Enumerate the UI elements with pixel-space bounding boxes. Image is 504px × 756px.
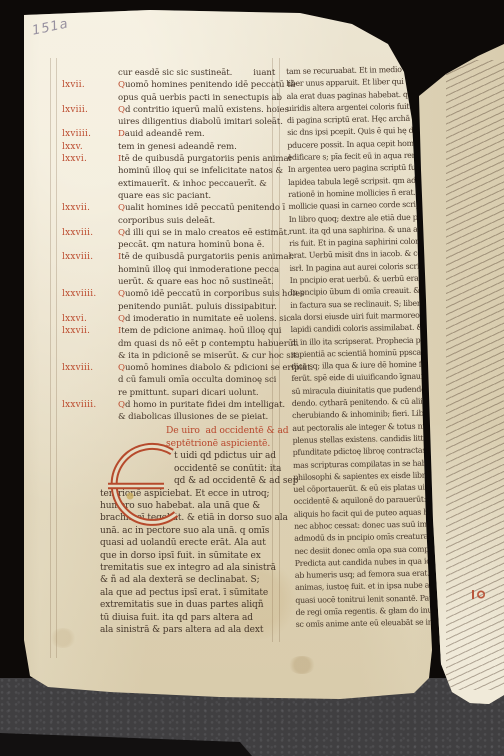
capitulum-row: lxviii.Qd contritio iquerū malū existens… (62, 104, 308, 116)
chapter-numeral: lxxviii. (62, 251, 93, 263)
capitulum-text: cur easdē sic sic sustineāt. iuant (118, 68, 275, 78)
capitulum-text: uomō homines penitendo idē peccatū tā (125, 80, 295, 90)
chapter-numeral: lxxvii. (62, 202, 90, 214)
capitulum-row: lxxvi.Qd imoderatio in numitate eē uolen… (62, 313, 308, 325)
chapter-numeral: lxxvi. (62, 153, 87, 165)
capitulum-text: tē de quibusdā purgatoriis penis animał (121, 154, 291, 164)
capitulum-text: dm quasi ds nō eēt p contemptu habuerūt. (118, 339, 299, 349)
red-initial-letter: Q (118, 363, 125, 373)
capitulum-text: penitendo puniāt. puluis dissipabitur. (118, 302, 277, 312)
capitulum-row: dm quasi ds nō eēt p contemptu habuerūt. (62, 338, 308, 350)
body-line: que in dorso ipsī fuit. in sūmitate ex (100, 550, 308, 562)
capitulum-row: re pmittunt. supari dicari uolunt. (62, 387, 308, 399)
capitulum-text: d homo in puritate fidei dm intelligat. (125, 400, 285, 410)
body-line: tremitatis sue ex integro ad ala sinistr… (100, 562, 308, 574)
stain (288, 656, 316, 674)
chapter-numeral: lxxv. (62, 141, 83, 153)
capitulum-row: hominū illoę qui se infelicitate natos & (62, 165, 308, 177)
capitulum-text: d contritio iquerū malū existens. hoies (125, 105, 289, 115)
capitulum-row: corporibus suis deleāt. (62, 215, 308, 227)
capitulum-text: uires diligentius diabolū imitari soleāt… (118, 117, 283, 127)
capitula-list: cur easdē sic sic sustineāt. iuant lxvii… (62, 67, 308, 424)
body-line: ala que ad pectus ipsī erat. ī sūmitate (100, 587, 308, 599)
capitulum-row: extimauerīt. & inhoc peccauerīt. & (62, 178, 308, 190)
capitulum-text: hominū illoę qui se infelicitate natos & (118, 166, 283, 176)
ruling-line (56, 58, 57, 658)
red-initial-letter: Q (118, 228, 125, 238)
red-initial-letter: Q (118, 105, 125, 115)
capitulum-row: lxxvii.Item de pdicione animaę. hoū illo… (62, 325, 308, 337)
capitulum-row: quare eas sic paciant. (62, 190, 308, 202)
capitulum-text: peccāt. qm natura hominū bona ē. (118, 240, 264, 250)
capitulum-row: lxxviiii.Quomō idē peccatū in corporibus… (62, 288, 308, 300)
capitulum-row: lxxviii.Quomō homines diabolo & pdicioni… (62, 362, 308, 374)
capitulum-row: lxxv.tem in genesi adeandē rem. (62, 141, 308, 153)
red-initial-letter: Q (118, 400, 125, 410)
capitulum-row: & ita in pdicionē se miserūt. & cur hoc … (62, 350, 308, 362)
capitulum-text: d cū famuli omīa occulta dominoę sci (118, 375, 276, 385)
capitulum-row: lxxviiii.Qd homo in puritate fidei dm in… (62, 399, 308, 411)
capitulum-row: lxxviii.Itē de quibusdā purgatoriis peni… (62, 251, 308, 263)
capitulum-text: re pmittunt. supari dicari uolunt. (118, 388, 258, 398)
capitulum-row: hominū illoę qui inmoderatione pecca (62, 264, 308, 276)
capitulum-row: d cū famuli omīa occulta dominoę sci (62, 374, 308, 386)
red-initial-letter: Q (118, 203, 125, 213)
capitulum-row: uerūt. & quare eas hoc nō sustineāt. (62, 276, 308, 288)
capitulum-text: tē de quibusdā purgatoriis penis animał. (121, 252, 294, 262)
illuminated-initial-e (100, 436, 196, 536)
pencil-foliation: 151a (31, 16, 70, 38)
red-initial-letter: Q (118, 314, 125, 324)
capitulum-text: opus quā uerbis pacti in senectupis ab (118, 93, 282, 103)
capitulum-row: lxvii.Quomō homines penitendo idē peccat… (62, 79, 308, 91)
capitulum-text: d illi qui se in malo creatos eē estimāt… (125, 228, 290, 238)
body-line: quasi ad uolandū erecte erāt. Ala aut (100, 537, 308, 549)
capitulum-row: opus quā uerbis pacti in senectupis ab (62, 92, 308, 104)
body-line: ala sinistrā & pars altera ad ala dext (100, 624, 308, 636)
capitulum-row: lxxvi.Itē de quibusdā purgatoriis penis … (62, 153, 308, 165)
red-initial-letter: Q (118, 289, 125, 299)
body-line: extremitatis sue in duas partes aliqñ (100, 599, 308, 611)
capitulum-text: hominū illoę qui inmoderatione pecca (118, 265, 279, 275)
chapter-numeral: lxxviiii. (62, 288, 96, 300)
ruling-line (50, 58, 51, 658)
capitulum-text: uomō homines diabolo & pdicioni se eripi… (125, 363, 313, 373)
capitulum-text: tem in genesi adeandē rem. (118, 142, 237, 152)
stain (50, 628, 76, 648)
capitulum-text: & diabolicas illusiones de se pieiat. (118, 412, 268, 422)
red-initial-letter: D (118, 129, 125, 139)
capitulum-row: penitendo puniāt. puluis dissipabitur. (62, 301, 308, 313)
chapter-numeral: lxvii. (62, 79, 85, 91)
capitulum-text: quare eas sic paciant. (118, 191, 211, 201)
capitulum-row: lxxviii.Qd illi qui se in malo creatos e… (62, 227, 308, 239)
body-line: & ñ ad ala dexterā se declinabat. S; (100, 574, 308, 586)
chapter-numeral: lxxviii. (62, 227, 93, 239)
capitulum-text: ualit homines idē peccatū penitendo ī (125, 203, 285, 213)
capitulum-text: & ita in pdicionē se miserūt. & cur hoc … (118, 351, 299, 361)
chapter-numeral: lxxviii. (62, 362, 93, 374)
capitulum-row: & diabolicas illusiones de se pieiat. (62, 411, 308, 423)
capitulum-row: lxxvii.Qualit homines idē peccatū penite… (62, 202, 308, 214)
capitulum-row: lxviiii.Dauid adeandē rem. (62, 128, 308, 140)
body-line: tū diuisa fuit. ita qd pars altera ad (100, 612, 308, 624)
capitulum-text: uerūt. & quare eas hoc nō sustineāt. (118, 277, 274, 287)
chapter-entry: De uiro ad occidentē & adseptētrionē asp… (100, 424, 308, 637)
chapter-numeral: lxviii. (62, 104, 88, 116)
chapter-numeral: lxxvi. (62, 313, 87, 325)
capitulum-text: corporibus suis deleāt. (118, 216, 215, 226)
capitulum-text: uomō idē peccatū in corporibus suis hoie… (125, 289, 304, 299)
capitulum-row: cur easdē sic sic sustineāt. iuant (62, 67, 308, 79)
capitulum-text: auid adeandē rem. (125, 129, 205, 139)
recto-rubric-mark (471, 589, 485, 600)
capitulum-text: d imoderatio in numitate eē uolens. sic (125, 314, 291, 324)
capitulum-text: tem de pdicione animaę. hoū illoę qui (121, 326, 281, 336)
red-initial-letter: Q (118, 80, 125, 90)
manuscript-photo: 151a cur easdē sic sic sustineāt. iuant … (0, 0, 504, 756)
chapter-numeral: lxxvii. (62, 325, 90, 337)
chapter-numeral: lxviiii. (62, 128, 91, 140)
capitulum-text: extimauerīt. & inhoc peccauerīt. & (118, 179, 267, 189)
chapter-numeral: lxxviiii. (62, 399, 96, 411)
capitulum-row: peccāt. qm natura hominū bona ē. (62, 239, 308, 251)
capitulum-row: uires diligentius diabolū imitari soleāt… (62, 116, 308, 128)
